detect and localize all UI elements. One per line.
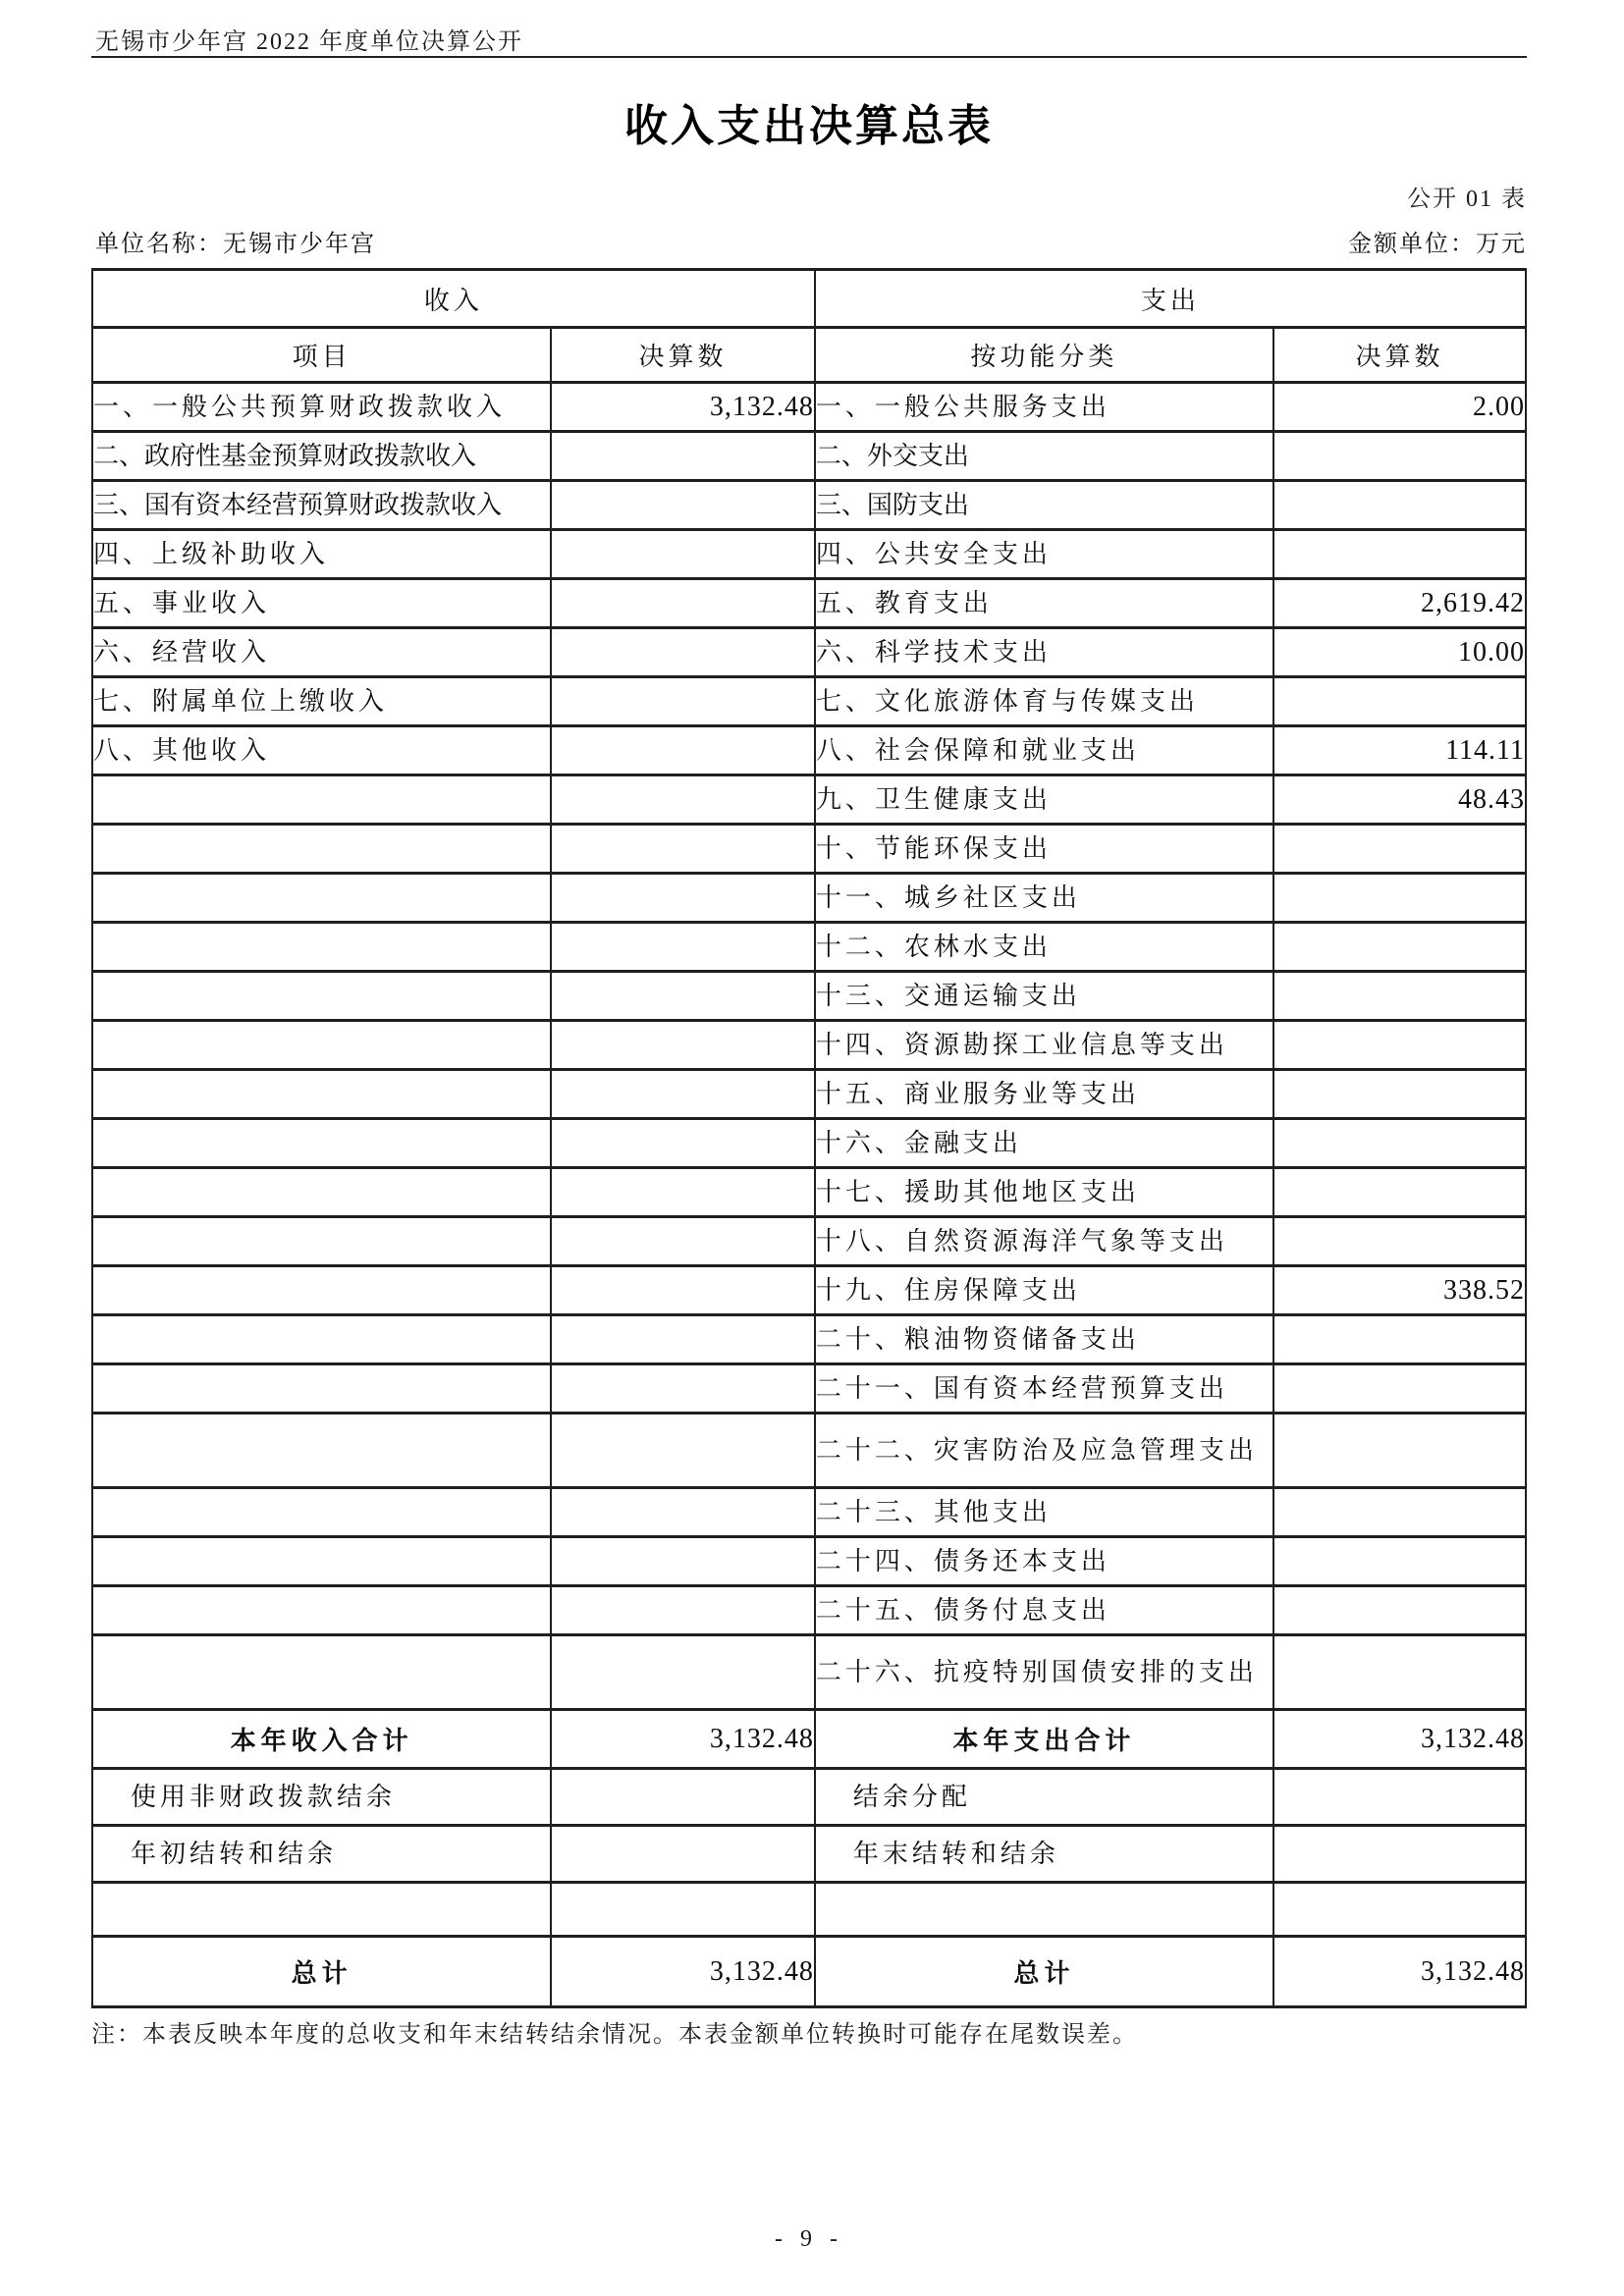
income-item-cell bbox=[92, 923, 551, 972]
income-value-cell bbox=[551, 1769, 815, 1826]
expense-item-cell: 十三、交通运输支出 bbox=[815, 972, 1273, 1021]
income-value-cell bbox=[551, 1168, 815, 1217]
table-row: 十八、自然资源海洋气象等支出 bbox=[92, 1217, 1526, 1266]
income-item-cell: 三、国有资本经营预算财政拨款收入 bbox=[92, 481, 551, 530]
income-item-cell bbox=[92, 1488, 551, 1537]
expense-value-cell bbox=[1273, 1364, 1526, 1414]
income-value-cell: 3,132.48 bbox=[551, 383, 815, 432]
header-rule bbox=[91, 56, 1527, 58]
income-item-cell: 本年收入合计 bbox=[92, 1710, 551, 1769]
table-row: 二十二、灾害防治及应急管理支出 bbox=[92, 1414, 1526, 1488]
income-value-cell bbox=[551, 1021, 815, 1070]
income-item-cell: 六、经营收入 bbox=[92, 628, 551, 677]
expense-value-cell: 2.00 bbox=[1273, 383, 1526, 432]
table-row bbox=[92, 1883, 1526, 1937]
expense-value-cell bbox=[1273, 1021, 1526, 1070]
expense-item-cell: 二十二、灾害防治及应急管理支出 bbox=[815, 1414, 1273, 1488]
income-value-cell bbox=[551, 1537, 815, 1586]
expense-item-cell: 十六、金融支出 bbox=[815, 1119, 1273, 1168]
expense-value-cell: 2,619.42 bbox=[1273, 579, 1526, 628]
expense-value-cell bbox=[1273, 1883, 1526, 1937]
expense-item-cell: 结余分配 bbox=[815, 1769, 1273, 1826]
expense-value-cell bbox=[1273, 1315, 1526, 1364]
income-item-cell: 总计 bbox=[92, 1937, 551, 2007]
income-item-cell bbox=[92, 1364, 551, 1414]
income-item-cell: 一、一般公共预算财政拨款收入 bbox=[92, 383, 551, 432]
table-row: 九、卫生健康支出48.43 bbox=[92, 775, 1526, 825]
table-row: 十三、交通运输支出 bbox=[92, 972, 1526, 1021]
income-item-cell: 二、政府性基金预算财政拨款收入 bbox=[92, 432, 551, 481]
income-value-cell bbox=[551, 1883, 815, 1937]
income-value-cell bbox=[551, 1826, 815, 1883]
expense-value-cell bbox=[1273, 530, 1526, 579]
table-body: 一、一般公共预算财政拨款收入3,132.48一、一般公共服务支出2.00二、政府… bbox=[92, 383, 1526, 2007]
table-row: 十四、资源勘探工业信息等支出 bbox=[92, 1021, 1526, 1070]
income-value-cell bbox=[551, 1070, 815, 1119]
income-value-cell bbox=[551, 481, 815, 530]
col-header-function: 按功能分类 bbox=[815, 328, 1273, 383]
document-page: 无锡市少年宫 2022 年度单位决算公开 收入支出决算总表 公开 01 表 单位… bbox=[0, 0, 1624, 2296]
table-row: 十七、援助其他地区支出 bbox=[92, 1168, 1526, 1217]
page-title: 收入支出决算总表 bbox=[91, 90, 1527, 153]
income-item-cell bbox=[92, 1315, 551, 1364]
amount-unit: 金额单位：万元 bbox=[1348, 224, 1527, 258]
income-item-cell bbox=[92, 1217, 551, 1266]
income-value-cell bbox=[551, 677, 815, 726]
income-value-cell bbox=[551, 1635, 815, 1710]
income-value-cell bbox=[551, 1586, 815, 1635]
table-row: 使用非财政拨款结余结余分配 bbox=[92, 1769, 1526, 1826]
income-item-cell bbox=[92, 972, 551, 1021]
income-item-cell bbox=[92, 775, 551, 825]
table-row: 十六、金融支出 bbox=[92, 1119, 1526, 1168]
income-item-cell: 七、附属单位上缴收入 bbox=[92, 677, 551, 726]
table-row: 十五、商业服务业等支出 bbox=[92, 1070, 1526, 1119]
income-item-cell: 四、上级补助收入 bbox=[92, 530, 551, 579]
col-header-expense-amount: 决算数 bbox=[1273, 328, 1526, 383]
expense-value-cell: 338.52 bbox=[1273, 1266, 1526, 1315]
expense-section-header: 支出 bbox=[815, 270, 1526, 328]
income-value-cell bbox=[551, 628, 815, 677]
income-value-cell bbox=[551, 874, 815, 923]
income-value-cell bbox=[551, 1119, 815, 1168]
expense-item-cell: 五、教育支出 bbox=[815, 579, 1273, 628]
expense-value-cell: 114.11 bbox=[1273, 726, 1526, 775]
expense-item-cell: 三、国防支出 bbox=[815, 481, 1273, 530]
table-column-header-row: 项目 决算数 按功能分类 决算数 bbox=[92, 328, 1526, 383]
expense-value-cell bbox=[1273, 1586, 1526, 1635]
income-value-cell bbox=[551, 825, 815, 874]
expense-value-cell bbox=[1273, 1119, 1526, 1168]
expense-value-cell bbox=[1273, 1414, 1526, 1488]
income-value-cell bbox=[551, 579, 815, 628]
table-row: 二十三、其他支出 bbox=[92, 1488, 1526, 1537]
income-item-cell bbox=[92, 874, 551, 923]
expense-item-cell bbox=[815, 1883, 1273, 1937]
income-value-cell bbox=[551, 923, 815, 972]
expense-value-cell bbox=[1273, 1826, 1526, 1883]
income-item-cell: 五、事业收入 bbox=[92, 579, 551, 628]
income-value-cell bbox=[551, 530, 815, 579]
income-item-cell bbox=[92, 1414, 551, 1488]
table-row: 二十六、抗疫特别国债安排的支出 bbox=[92, 1635, 1526, 1710]
income-value-cell bbox=[551, 972, 815, 1021]
income-value-cell: 3,132.48 bbox=[551, 1937, 815, 2007]
expense-item-cell: 十五、商业服务业等支出 bbox=[815, 1070, 1273, 1119]
expense-value-cell bbox=[1273, 1769, 1526, 1826]
table-row: 六、经营收入六、科学技术支出10.00 bbox=[92, 628, 1526, 677]
table-row: 十、节能环保支出 bbox=[92, 825, 1526, 874]
table-row: 二十五、债务付息支出 bbox=[92, 1586, 1526, 1635]
income-value-cell bbox=[551, 1414, 815, 1488]
expense-value-cell bbox=[1273, 1168, 1526, 1217]
income-value-cell bbox=[551, 1488, 815, 1537]
income-item-cell bbox=[92, 825, 551, 874]
footnote: 注：本表反映本年度的总收支和年末结转结余情况。本表金额单位转换时可能存在尾数误差… bbox=[91, 2014, 1527, 2049]
table-row: 一、一般公共预算财政拨款收入3,132.48一、一般公共服务支出2.00 bbox=[92, 383, 1526, 432]
expense-item-cell: 二十一、国有资本经营预算支出 bbox=[815, 1364, 1273, 1414]
expense-item-cell: 十九、住房保障支出 bbox=[815, 1266, 1273, 1315]
expense-item-cell: 二十四、债务还本支出 bbox=[815, 1537, 1273, 1586]
table-row: 二十一、国有资本经营预算支出 bbox=[92, 1364, 1526, 1414]
expense-value-cell bbox=[1273, 677, 1526, 726]
expense-value-cell bbox=[1273, 432, 1526, 481]
income-value-cell bbox=[551, 1315, 815, 1364]
col-header-item: 项目 bbox=[92, 328, 551, 383]
income-item-cell bbox=[92, 1586, 551, 1635]
expense-item-cell: 八、社会保障和就业支出 bbox=[815, 726, 1273, 775]
expense-value-cell bbox=[1273, 481, 1526, 530]
expense-item-cell: 二十、粮油物资储备支出 bbox=[815, 1315, 1273, 1364]
expense-value-cell: 3,132.48 bbox=[1273, 1710, 1526, 1769]
expense-item-cell: 十二、农林水支出 bbox=[815, 923, 1273, 972]
table-row: 二十四、债务还本支出 bbox=[92, 1537, 1526, 1586]
income-value-cell bbox=[551, 1266, 815, 1315]
expense-value-cell bbox=[1273, 1537, 1526, 1586]
income-item-cell bbox=[92, 1537, 551, 1586]
expense-item-cell: 二十三、其他支出 bbox=[815, 1488, 1273, 1537]
expense-value-cell bbox=[1273, 874, 1526, 923]
expense-value-cell bbox=[1273, 923, 1526, 972]
table-number: 公开 01 表 bbox=[1407, 179, 1527, 213]
expense-value-cell bbox=[1273, 972, 1526, 1021]
expense-item-cell: 二十六、抗疫特别国债安排的支出 bbox=[815, 1635, 1273, 1710]
expense-item-cell: 四、公共安全支出 bbox=[815, 530, 1273, 579]
income-value-cell bbox=[551, 1364, 815, 1414]
table-section-header-row: 收入 支出 bbox=[92, 270, 1526, 328]
expense-item-cell: 年末结转和结余 bbox=[815, 1826, 1273, 1883]
table-row: 五、事业收入五、教育支出2,619.42 bbox=[92, 579, 1526, 628]
income-value-cell bbox=[551, 726, 815, 775]
income-value-cell bbox=[551, 432, 815, 481]
income-item-cell bbox=[92, 1266, 551, 1315]
income-item-cell: 八、其他收入 bbox=[92, 726, 551, 775]
expense-value-cell bbox=[1273, 1217, 1526, 1266]
expense-item-cell: 二、外交支出 bbox=[815, 432, 1273, 481]
income-item-cell bbox=[92, 1070, 551, 1119]
table-row: 三、国有资本经营预算财政拨款收入三、国防支出 bbox=[92, 481, 1526, 530]
expense-item-cell: 九、卫生健康支出 bbox=[815, 775, 1273, 825]
table-row: 二、政府性基金预算财政拨款收入二、外交支出 bbox=[92, 432, 1526, 481]
unit-name: 单位名称：无锡市少年宫 bbox=[95, 224, 376, 258]
expense-item-cell: 一、一般公共服务支出 bbox=[815, 383, 1273, 432]
income-value-cell bbox=[551, 1217, 815, 1266]
expense-item-cell: 十一、城乡社区支出 bbox=[815, 874, 1273, 923]
table-row: 十九、住房保障支出338.52 bbox=[92, 1266, 1526, 1315]
expense-value-cell bbox=[1273, 1070, 1526, 1119]
final-accounts-table: 收入 支出 项目 决算数 按功能分类 决算数 一、一般公共预算财政拨款收入3,1… bbox=[91, 268, 1527, 2008]
income-value-cell: 3,132.48 bbox=[551, 1710, 815, 1769]
expense-item-cell: 十七、援助其他地区支出 bbox=[815, 1168, 1273, 1217]
page-number: - 9 - bbox=[91, 2226, 1527, 2253]
table-row: 年初结转和结余年末结转和结余 bbox=[92, 1826, 1526, 1883]
expense-item-cell: 总计 bbox=[815, 1937, 1273, 2007]
income-item-cell bbox=[92, 1168, 551, 1217]
table-row: 十一、城乡社区支出 bbox=[92, 874, 1526, 923]
expense-value-cell bbox=[1273, 1635, 1526, 1710]
expense-item-cell: 七、文化旅游体育与传媒支出 bbox=[815, 677, 1273, 726]
income-item-cell bbox=[92, 1635, 551, 1710]
table-row: 二十、粮油物资储备支出 bbox=[92, 1315, 1526, 1364]
table-row: 十二、农林水支出 bbox=[92, 923, 1526, 972]
expense-item-cell: 本年支出合计 bbox=[815, 1710, 1273, 1769]
col-header-income-amount: 决算数 bbox=[551, 328, 815, 383]
income-item-cell: 使用非财政拨款结余 bbox=[92, 1769, 551, 1826]
doc-header: 无锡市少年宫 2022 年度单位决算公开 bbox=[95, 22, 523, 56]
income-section-header: 收入 bbox=[92, 270, 815, 328]
expense-value-cell: 3,132.48 bbox=[1273, 1937, 1526, 2007]
income-item-cell: 年初结转和结余 bbox=[92, 1826, 551, 1883]
expense-item-cell: 十四、资源勘探工业信息等支出 bbox=[815, 1021, 1273, 1070]
expense-value-cell: 48.43 bbox=[1273, 775, 1526, 825]
income-item-cell bbox=[92, 1119, 551, 1168]
income-item-cell bbox=[92, 1021, 551, 1070]
income-item-cell bbox=[92, 1883, 551, 1937]
expense-value-cell bbox=[1273, 825, 1526, 874]
table-row: 本年收入合计3,132.48本年支出合计3,132.48 bbox=[92, 1710, 1526, 1769]
expense-value-cell: 10.00 bbox=[1273, 628, 1526, 677]
table-row: 七、附属单位上缴收入七、文化旅游体育与传媒支出 bbox=[92, 677, 1526, 726]
table-row: 总计3,132.48总计3,132.48 bbox=[92, 1937, 1526, 2007]
table-row: 八、其他收入八、社会保障和就业支出114.11 bbox=[92, 726, 1526, 775]
expense-value-cell bbox=[1273, 1488, 1526, 1537]
table-row: 四、上级补助收入四、公共安全支出 bbox=[92, 530, 1526, 579]
expense-item-cell: 十八、自然资源海洋气象等支出 bbox=[815, 1217, 1273, 1266]
expense-item-cell: 十、节能环保支出 bbox=[815, 825, 1273, 874]
expense-item-cell: 二十五、债务付息支出 bbox=[815, 1586, 1273, 1635]
expense-item-cell: 六、科学技术支出 bbox=[815, 628, 1273, 677]
income-value-cell bbox=[551, 775, 815, 825]
